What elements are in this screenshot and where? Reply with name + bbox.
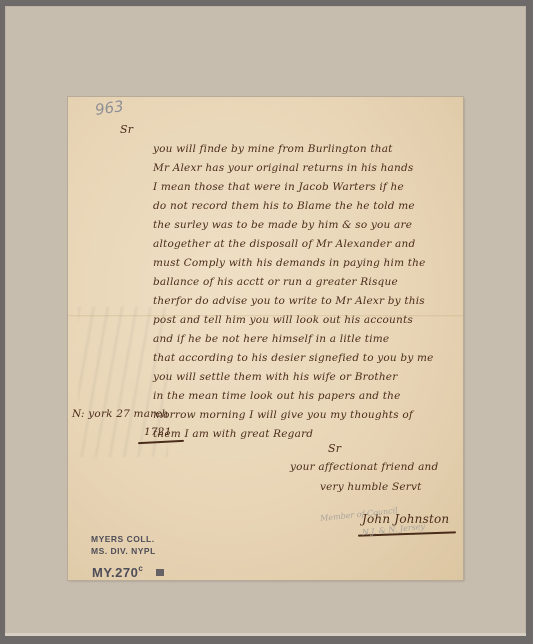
letter-paper: 963 Sr you will finde by mine from Burli… [68, 97, 463, 580]
body-line: morrow morning I will give you my though… [153, 406, 463, 425]
collection-stamp-line2: MS. DIV. NYPL [91, 546, 156, 556]
catalog-number: 963 [94, 97, 125, 119]
closing-line: your affectionat friend and [290, 461, 438, 473]
closing-line: very humble Servt [320, 481, 422, 493]
body-line: I mean those that were in Jacob Warters … [153, 178, 463, 197]
body-line: you will settle them with his wife or Br… [153, 368, 463, 387]
stamp-mark [156, 569, 164, 576]
body-line: that according to his desier signefied t… [153, 349, 463, 368]
collection-stamp-line1: MYERS COLL. [91, 534, 155, 544]
accession-suffix: c [138, 564, 143, 573]
body-line: therfor do advise you to write to Mr Ale… [153, 292, 463, 311]
body-line: them I am with great Regard [153, 425, 463, 444]
body-line: in the mean time look out his papers and… [153, 387, 463, 406]
salutation: Sr [120, 123, 133, 136]
body-line: Mr Alexr has your original returns in hi… [153, 159, 463, 178]
dateline-place: N: york 27 march [72, 408, 168, 420]
mat-edge [5, 633, 526, 636]
body-line: altogether at the disposall of Mr Alexan… [153, 235, 463, 254]
accession-stamp: MY.270c [92, 562, 164, 580]
body-line: the surley was to be made by him & so yo… [153, 216, 463, 235]
dateline-year: 1721 [144, 426, 172, 438]
body-line: must Comply with his demands in paying h… [153, 254, 463, 273]
body-line: ballance of his acctt or run a greater R… [153, 273, 463, 292]
body-line: do not record them his to Blame the he t… [153, 197, 463, 216]
accession-number: MY.270 [92, 565, 138, 580]
body-line: post and tell him you will look out his … [153, 311, 463, 330]
letter-body: you will finde by mine from Burlington t… [153, 140, 463, 444]
body-line: and if he be not here himself in a litle… [153, 330, 463, 349]
closing-sir: Sr [328, 442, 341, 455]
body-line: you will finde by mine from Burlington t… [153, 140, 463, 159]
